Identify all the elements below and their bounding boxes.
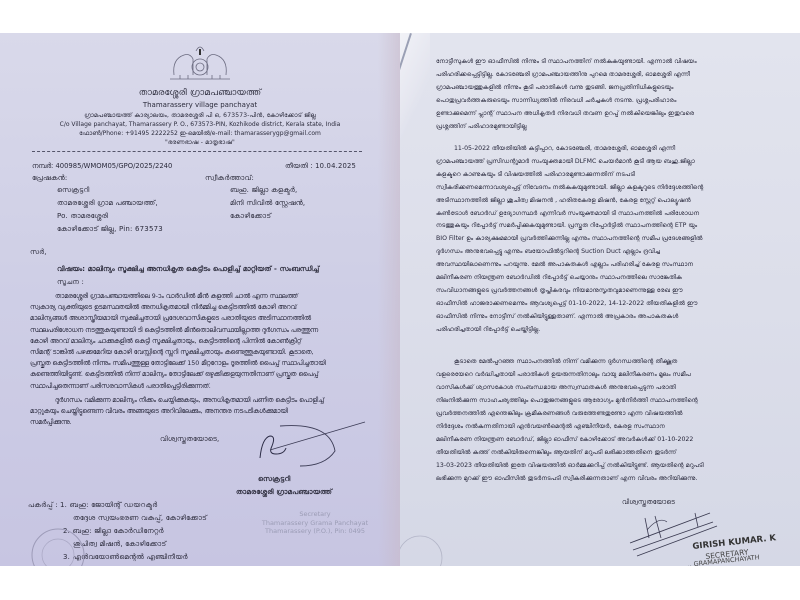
body-line: സ്വകാര്യ വ്യക്തിയുടെ ഉടമസ്ഥതയിൽ അനധികൃതമ… bbox=[30, 302, 370, 313]
org-address-en: C/o Village panchayat, Thamarassery P. O… bbox=[0, 120, 400, 129]
sender-line: സെക്രട്ടറി bbox=[57, 186, 90, 195]
copy-item: തദ്ദേശ സ്വയംഭരണ വകുപ്പ്, കോഴിക്കോട് bbox=[73, 514, 207, 523]
body-line: ഓഫീസിൽ നിന്നും നോട്ടീസ് നൽകിയിട്ടുള്ളതാണ… bbox=[436, 311, 771, 324]
header-divider bbox=[32, 151, 362, 152]
page2-paragraph-2: 11-05-2022 തീയതിയിൽ കട്ടിപ്പാറ, കോടഞ്ചേര… bbox=[436, 143, 771, 337]
recipient-line: കോഴിക്കോട് bbox=[230, 212, 271, 221]
body-line: പ്രശ്നത്തിന് പരിഹാരമുണ്ടായിട്ടില്ല bbox=[436, 120, 771, 133]
letter-date: തീയതി : 10.04.2025 bbox=[285, 162, 356, 171]
recipient-label: സ്വീകർത്താവ്: bbox=[205, 174, 254, 183]
body-line: പ്രസ്തുത കെട്ടിടത്തിൽ നിന്നും സമീപത്തുള്… bbox=[30, 358, 370, 369]
body-line: വാസികൾക്ക് ശ്വാസകോശ സംബന്ധമായ അസ്വസ്ഥതകൾ… bbox=[436, 381, 771, 394]
document-photo: താമരശ്ശേരി ഗ്രാമപഞ്ചായത്ത് Thamarassery … bbox=[0, 33, 800, 566]
reference-label: സൂചന : bbox=[57, 278, 84, 287]
page2-paragraph-3: കൂടാതെ മേൽപ്പറഞ്ഞ സ്ഥാപനത്തിൽ നിന്ന് വമി… bbox=[436, 355, 771, 485]
copy-item: 1. ബഹു: ജോയിന്റ് ഡയറക്ടർ bbox=[60, 501, 157, 510]
letter-page-1: താമരശ്ശേരി ഗ്രാമപഞ്ചായത്ത് Thamarassery … bbox=[0, 33, 400, 566]
body-line: ദുർഗന്ധം വമിക്കുന്ന മാലിന്യം നീക്കം ചെയ്… bbox=[30, 395, 370, 406]
body-line: വളരെയേറെ വർദ്ധിച്ചതായി പരാതികൾ ഉയരുന്നതി… bbox=[436, 368, 771, 381]
round-seal-stamp bbox=[20, 523, 95, 566]
signatory-title: സെക്രട്ടറി bbox=[258, 475, 291, 484]
body-line: പരിഹരിച്ചതായി റിപ്പോർട്ട് ചെയ്തിട്ടില്ല. bbox=[436, 324, 771, 337]
body-line: നിലനിൽക്കുന്ന സാഹചര്യത്തിലും പൊതുജനങ്ങളു… bbox=[436, 394, 771, 407]
sender-line: കോഴിക്കോട് ജില്ല, Pin: 673573 bbox=[57, 225, 163, 234]
reference-number: നമ്പർ: 400985/WMOM05/GPO/2025/2240 bbox=[32, 162, 172, 171]
body-line: സിമന്റ് ടാങ്കിൽ പഴക്കമേറിയ കോഴി വേസ്റ്റി… bbox=[30, 347, 370, 358]
body-line: ലഭിക്കുന്ന മുറക്ക് ഈ ഓഫീസിൽ തുടർനടപടി സ്… bbox=[436, 472, 771, 485]
seal-line: Thamarassery Grama Panchayat bbox=[245, 519, 385, 528]
body-line: കൂടാതെ മേൽപ്പറഞ്ഞ സ്ഥാപനത്തിൽ നിന്ന് വമി… bbox=[436, 355, 771, 368]
page2-paragraph-1: നോട്ടീസുകൾ ഈ ഓഫീസിൽ നിന്നും ടി സ്ഥാപനത്ത… bbox=[436, 55, 771, 133]
body-line: സംവിധാനങ്ങളുടെ പ്രവർത്തനങ്ങൾ തൃപ്തികരവും… bbox=[436, 285, 771, 298]
seal-line: Secretary bbox=[245, 510, 385, 519]
kerala-emblem-icon bbox=[160, 41, 240, 85]
recipient-line: മിനി സിവിൽ സ്റ്റേഷൻ, bbox=[230, 199, 305, 208]
motto: "ഭരണഭാഷ - മാതൃഭാഷ" bbox=[0, 138, 400, 147]
body-line: സ്ഥലപരിശോധന നടത്തുകയുണ്ടായി ടി കെട്ടിടത്… bbox=[30, 325, 370, 336]
body-line: നോട്ടീസുകൾ ഈ ഓഫീസിൽ നിന്നും ടി സ്ഥാപനത്ത… bbox=[436, 55, 771, 68]
body-line: മലിനീകരണ നിയന്ത്രണ ബോർഡിൽ റിപ്പോർട്ട് ചെ… bbox=[436, 272, 771, 285]
body-line: നടത്തുകയും റിപ്പോർട്ട് സമർപ്പിക്കുകയുമുണ… bbox=[436, 220, 771, 233]
body-line: മാലിന്യങ്ങൾ അശാസ്ത്രീയമായി സൂക്ഷിച്ചതായി… bbox=[30, 313, 370, 324]
signature-mark bbox=[250, 418, 370, 478]
letter-page-2: നോട്ടീസുകൾ ഈ ഓഫീസിൽ നിന്നും ടി സ്ഥാപനത്ത… bbox=[400, 33, 800, 566]
seal-line: Thamarassery (P.O.), Pin: 0495 bbox=[245, 527, 385, 536]
body-line: ദുർഗന്ധം അനുഭവപ്പെട്ടു എന്നും ബയോഫിൽട്ടറ… bbox=[436, 246, 771, 259]
body-line: സ്വീകരിക്കണമെന്നാവശ്യപ്പെട്ട് നിവേദനം നൽ… bbox=[436, 182, 771, 195]
body-line: ഗ്രാമപഞ്ചായത്തുകളിൽ നിന്നും കൂടി പരാതികൾ… bbox=[436, 81, 771, 94]
body-line: അവസ്ഥയിലാണെന്നും പറയുന്നു. മേൽ അപാകതകൾ എ… bbox=[436, 259, 771, 272]
recipient-line: ബഹു. ജില്ലാ കളക്ടർ, bbox=[230, 186, 297, 195]
body-line: പ്രവർത്തനത്തിൽ എന്തെങ്കിലും ക്രമീകരണങ്ങൾ… bbox=[436, 407, 771, 420]
body-line: മലിനീകരണ നിയന്ത്രണ ബോർഡ്, ജില്ലാ ഓഫീസ് ക… bbox=[436, 433, 771, 446]
copy-label: പകർപ്പ് : bbox=[28, 501, 58, 510]
body-line: BIO Filter ഉം കാര്യക്ഷമമായി പ്രവർത്തിക്ക… bbox=[436, 233, 771, 246]
body-line: ഉണ്ടാക്കുമെന്ന് പ്ലാന്റ് സ്ഥാപന അധികൃതർ … bbox=[436, 107, 771, 120]
body-line: പരിഹരിക്കപ്പെട്ടിട്ടില്ല. കോടഞ്ചേരി ഗ്രാ… bbox=[436, 68, 771, 81]
body-line: താമരശ്ശേരി ഗ്രാമപഞ്ചായത്തിലെ 9-ാം വാർഡിൽ… bbox=[30, 291, 370, 302]
salutation: സർ, bbox=[30, 248, 47, 257]
body-line: നിർദ്ദേശം നൽകുന്നതിനായി എൻവയൺമെന്റൽ എഞ്ച… bbox=[436, 420, 771, 433]
round-seal-stamp bbox=[400, 528, 460, 566]
body-line: 13-03-2023 തീയതിയിൽ ഇതേ വിഷയത്തിൽ ഓർമ്മക… bbox=[436, 459, 771, 472]
org-name-ml: താമരശ്ശേരി ഗ്രാമപഞ്ചായത്ത് bbox=[0, 89, 400, 98]
body-line: കൺട്രോൾ ബോർഡ് ഉദ്യോഗസ്ഥർ എന്നിവർ സംയുക്ത… bbox=[436, 208, 771, 221]
sender-line: Po. താമരശ്ശേരി bbox=[57, 212, 108, 221]
body-line: ഗ്രാമപഞ്ചായത്ത് പ്രസിഡന്റുമാർ സംയുക്തമായ… bbox=[436, 156, 771, 169]
body-line: സ്ഥാപിച്ചതെന്നാണ് പരിസരവാസികൾ പരാതിപ്പെട… bbox=[30, 381, 370, 392]
sender-line: താമരശ്ശേരി ഗ്രാമ പഞ്ചായത്ത്, bbox=[57, 199, 158, 208]
sender-label: പ്രേഷകൻ: bbox=[32, 174, 67, 183]
body-line: പൊതുപ്രവർത്തകരുടെയും സാന്നിധ്യത്തിൽ നിരവ… bbox=[436, 94, 771, 107]
body-line: 11-05-2022 തീയതിയിൽ കട്ടിപ്പാറ, കോടഞ്ചേര… bbox=[436, 143, 771, 156]
org-name-en: Thamarassery village panchayat bbox=[0, 101, 400, 110]
body-line: ഓഫീസിൽ ഹാജരാക്കണമെന്നും ആവശ്യപ്പെട്ട് 01… bbox=[436, 298, 771, 311]
body-line: മാറ്റുകയും ചെയ്തിട്ടുണ്ടെന്ന വിവരം അങ്ങയ… bbox=[30, 406, 370, 417]
secretary-seal: Secretary Thamarassery Grama Panchayat T… bbox=[245, 510, 385, 536]
body-line: കണ്ടെത്തിയിട്ടുണ്ട്. കെട്ടിടത്തിൽ നിന്ന്… bbox=[30, 369, 370, 380]
body-line: അടിസ്ഥാനത്തിൽ ജില്ലാ ശുചിത്വ മിഷനൻ , ഹരി… bbox=[436, 195, 771, 208]
closing: വിശ്വസ്തതയോടെ, bbox=[160, 435, 219, 444]
body-line: തീയതിയിൽ കത്ത് നൽകിയിരുന്നെങ്കിലും ആയതിന… bbox=[436, 446, 771, 459]
letter-body-paragraph-1: താമരശ്ശേരി ഗ്രാമപഞ്ചായത്തിലെ 9-ാം വാർഡിൽ… bbox=[30, 291, 370, 392]
org-address-ml: ഗ്രാമപഞ്ചായത്ത് കാര്യാലയം, താമരശ്ശേരി പി… bbox=[0, 111, 400, 120]
body-line: കോഴി അറവ് മാലിന്യം ചാക്കുകളിൽ കെട്ടി സൂക… bbox=[30, 336, 370, 347]
closing: വിശ്വസ്തതയോടെ bbox=[622, 498, 675, 507]
signatory-org: താമരശ്ശേരി ഗ്രാമപഞ്ചായത്ത് bbox=[236, 488, 332, 497]
body-line: കളക്ടറെ കാണുകയും ടി വിഷയത്തിൽ പരിഹാരമുണ്… bbox=[436, 169, 771, 182]
subject-line: വിഷയം: മാലിന്യം സൂക്ഷിച്ച അനധികൃത കെട്ടി… bbox=[57, 265, 319, 274]
org-contact: ഫോൺ/Phone: +91495 2222252 ഇ-മെയിൽ/e-mail… bbox=[0, 129, 400, 138]
